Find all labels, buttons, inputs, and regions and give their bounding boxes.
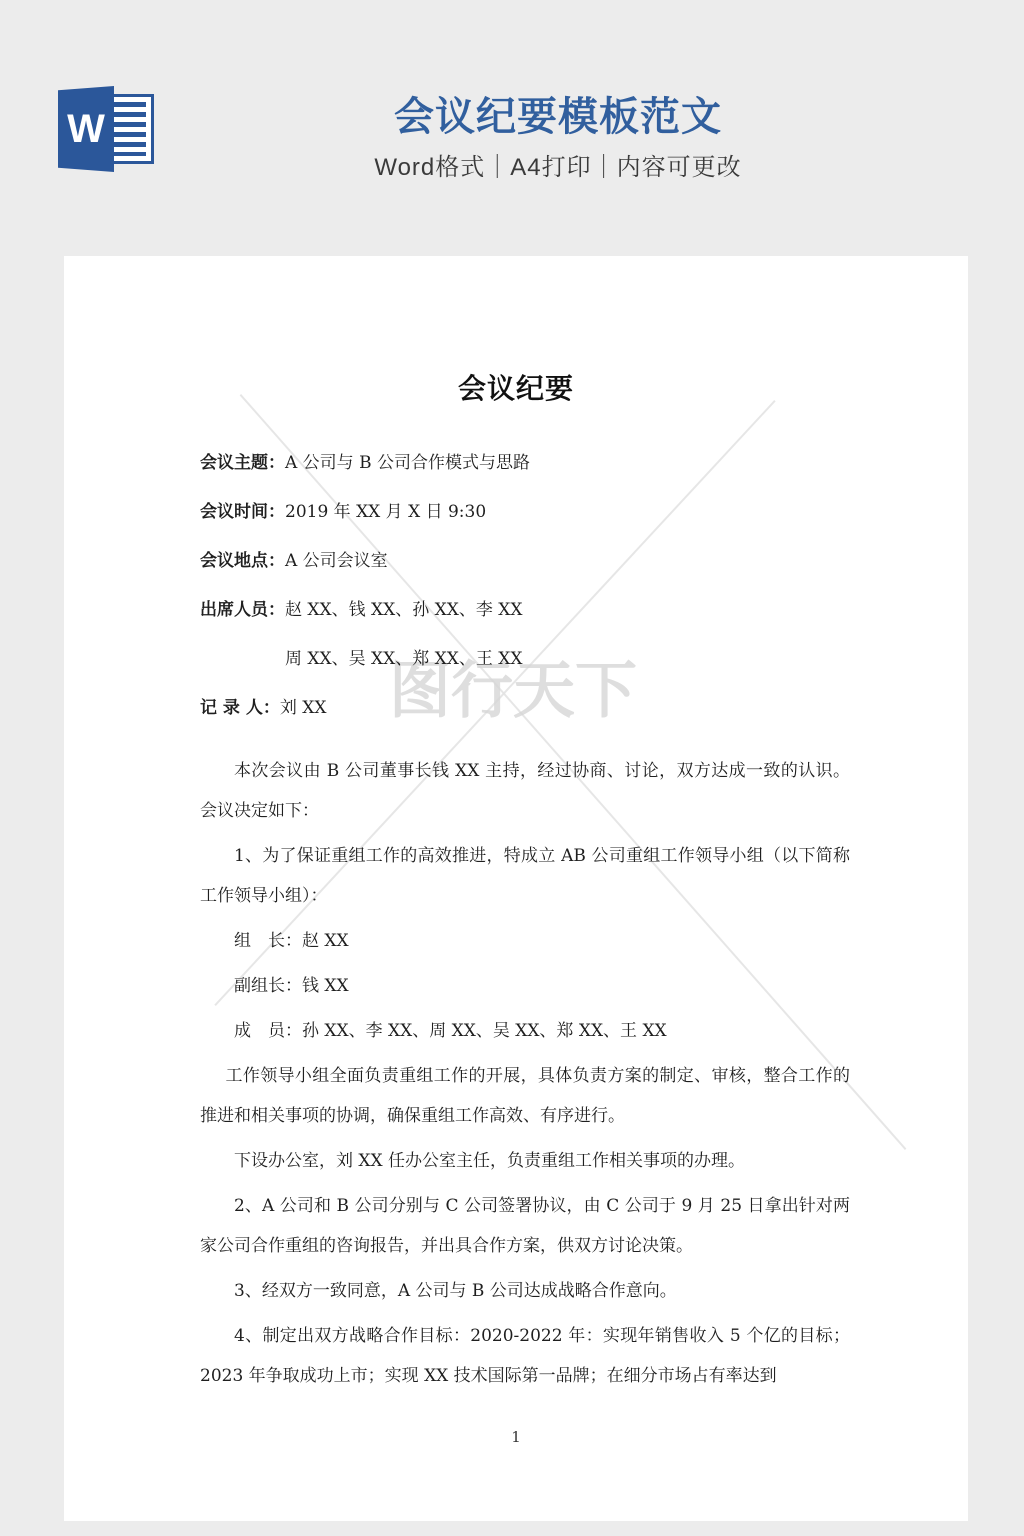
- header-text: 会议纪要模板范文 Word格式｜A4打印｜内容可更改: [0, 94, 1024, 183]
- info-row: 会议时间：2019 年 XX 月 X 日 9:30: [200, 492, 850, 532]
- info-value: 赵 XX、钱 XX、孙 XX、李 XX: [285, 600, 522, 620]
- document-body: 本次会议由 B 公司董事长钱 XX 主持，经过协商、讨论，双方达成一致的认识。会…: [64, 751, 968, 1396]
- header: W 会议纪要模板范文 Word格式｜A4打印｜内容可更改: [0, 0, 1024, 230]
- body-paragraph: 下设办公室，刘 XX 任办公室主任，负责重组工作相关事项的办理。: [200, 1141, 850, 1181]
- body-paragraph: 本次会议由 B 公司董事长钱 XX 主持，经过协商、讨论，双方达成一致的认识。会…: [200, 751, 850, 831]
- meeting-info: 会议主题：A 公司与 B 公司合作模式与思路会议时间：2019 年 XX 月 X…: [64, 443, 968, 728]
- info-row: 记 录 人：刘 XX: [200, 688, 850, 728]
- body-paragraph: 3、经双方一致同意，A 公司与 B 公司达成战略合作意向。: [200, 1271, 850, 1311]
- template-preview: W 会议纪要模板范文 Word格式｜A4打印｜内容可更改 图行天下 会议纪要 会…: [0, 0, 1024, 1536]
- template-subtitle: Word格式｜A4打印｜内容可更改: [92, 153, 1024, 183]
- body-paragraph: 工作领导小组全面负责重组工作的开展，具体负责方案的制定、审核，整合工作的推进和相…: [200, 1056, 850, 1136]
- info-label: 会议地点：: [200, 551, 285, 571]
- body-paragraph: 4、制定出双方战略合作目标：2020-2022 年：实现年销售收入 5 个亿的目…: [200, 1316, 850, 1396]
- page-number: 1: [64, 1428, 968, 1446]
- info-label: 出席人员：: [200, 600, 285, 620]
- body-paragraph: 2、A 公司和 B 公司分别与 C 公司签署协议，由 C 公司于 9 月 25 …: [200, 1186, 850, 1266]
- body-paragraph: 成 员：孙 XX、李 XX、周 XX、吴 XX、郑 XX、王 XX: [200, 1011, 850, 1051]
- info-row: 出席人员：赵 XX、钱 XX、孙 XX、李 XX: [200, 590, 850, 630]
- body-paragraph: 1、为了保证重组工作的高效推进，特成立 AB 公司重组工作领导小组（以下简称工作…: [200, 836, 850, 916]
- document-title: 会议纪要: [64, 368, 968, 410]
- info-value: A 公司会议室: [285, 551, 388, 571]
- info-row: 周 XX、吴 XX、郑 XX、王 XX: [200, 639, 850, 679]
- info-value: 周 XX、吴 XX、郑 XX、王 XX: [285, 649, 522, 669]
- info-value: 2019 年 XX 月 X 日 9:30: [285, 502, 486, 522]
- body-paragraph: 组 长：赵 XX: [200, 921, 850, 961]
- document-page: 图行天下 会议纪要 会议主题：A 公司与 B 公司合作模式与思路会议时间：201…: [64, 256, 968, 1521]
- info-label: 会议时间：: [200, 502, 285, 522]
- info-label: 会议主题：: [200, 453, 285, 473]
- info-row: 会议主题：A 公司与 B 公司合作模式与思路: [200, 443, 850, 483]
- info-label: 记 录 人：: [200, 698, 280, 718]
- info-value: 刘 XX: [280, 698, 327, 718]
- body-paragraph: 副组长：钱 XX: [200, 966, 850, 1006]
- template-title: 会议纪要模板范文: [92, 94, 1024, 140]
- info-value: A 公司与 B 公司合作模式与思路: [285, 453, 530, 473]
- info-row: 会议地点：A 公司会议室: [200, 541, 850, 581]
